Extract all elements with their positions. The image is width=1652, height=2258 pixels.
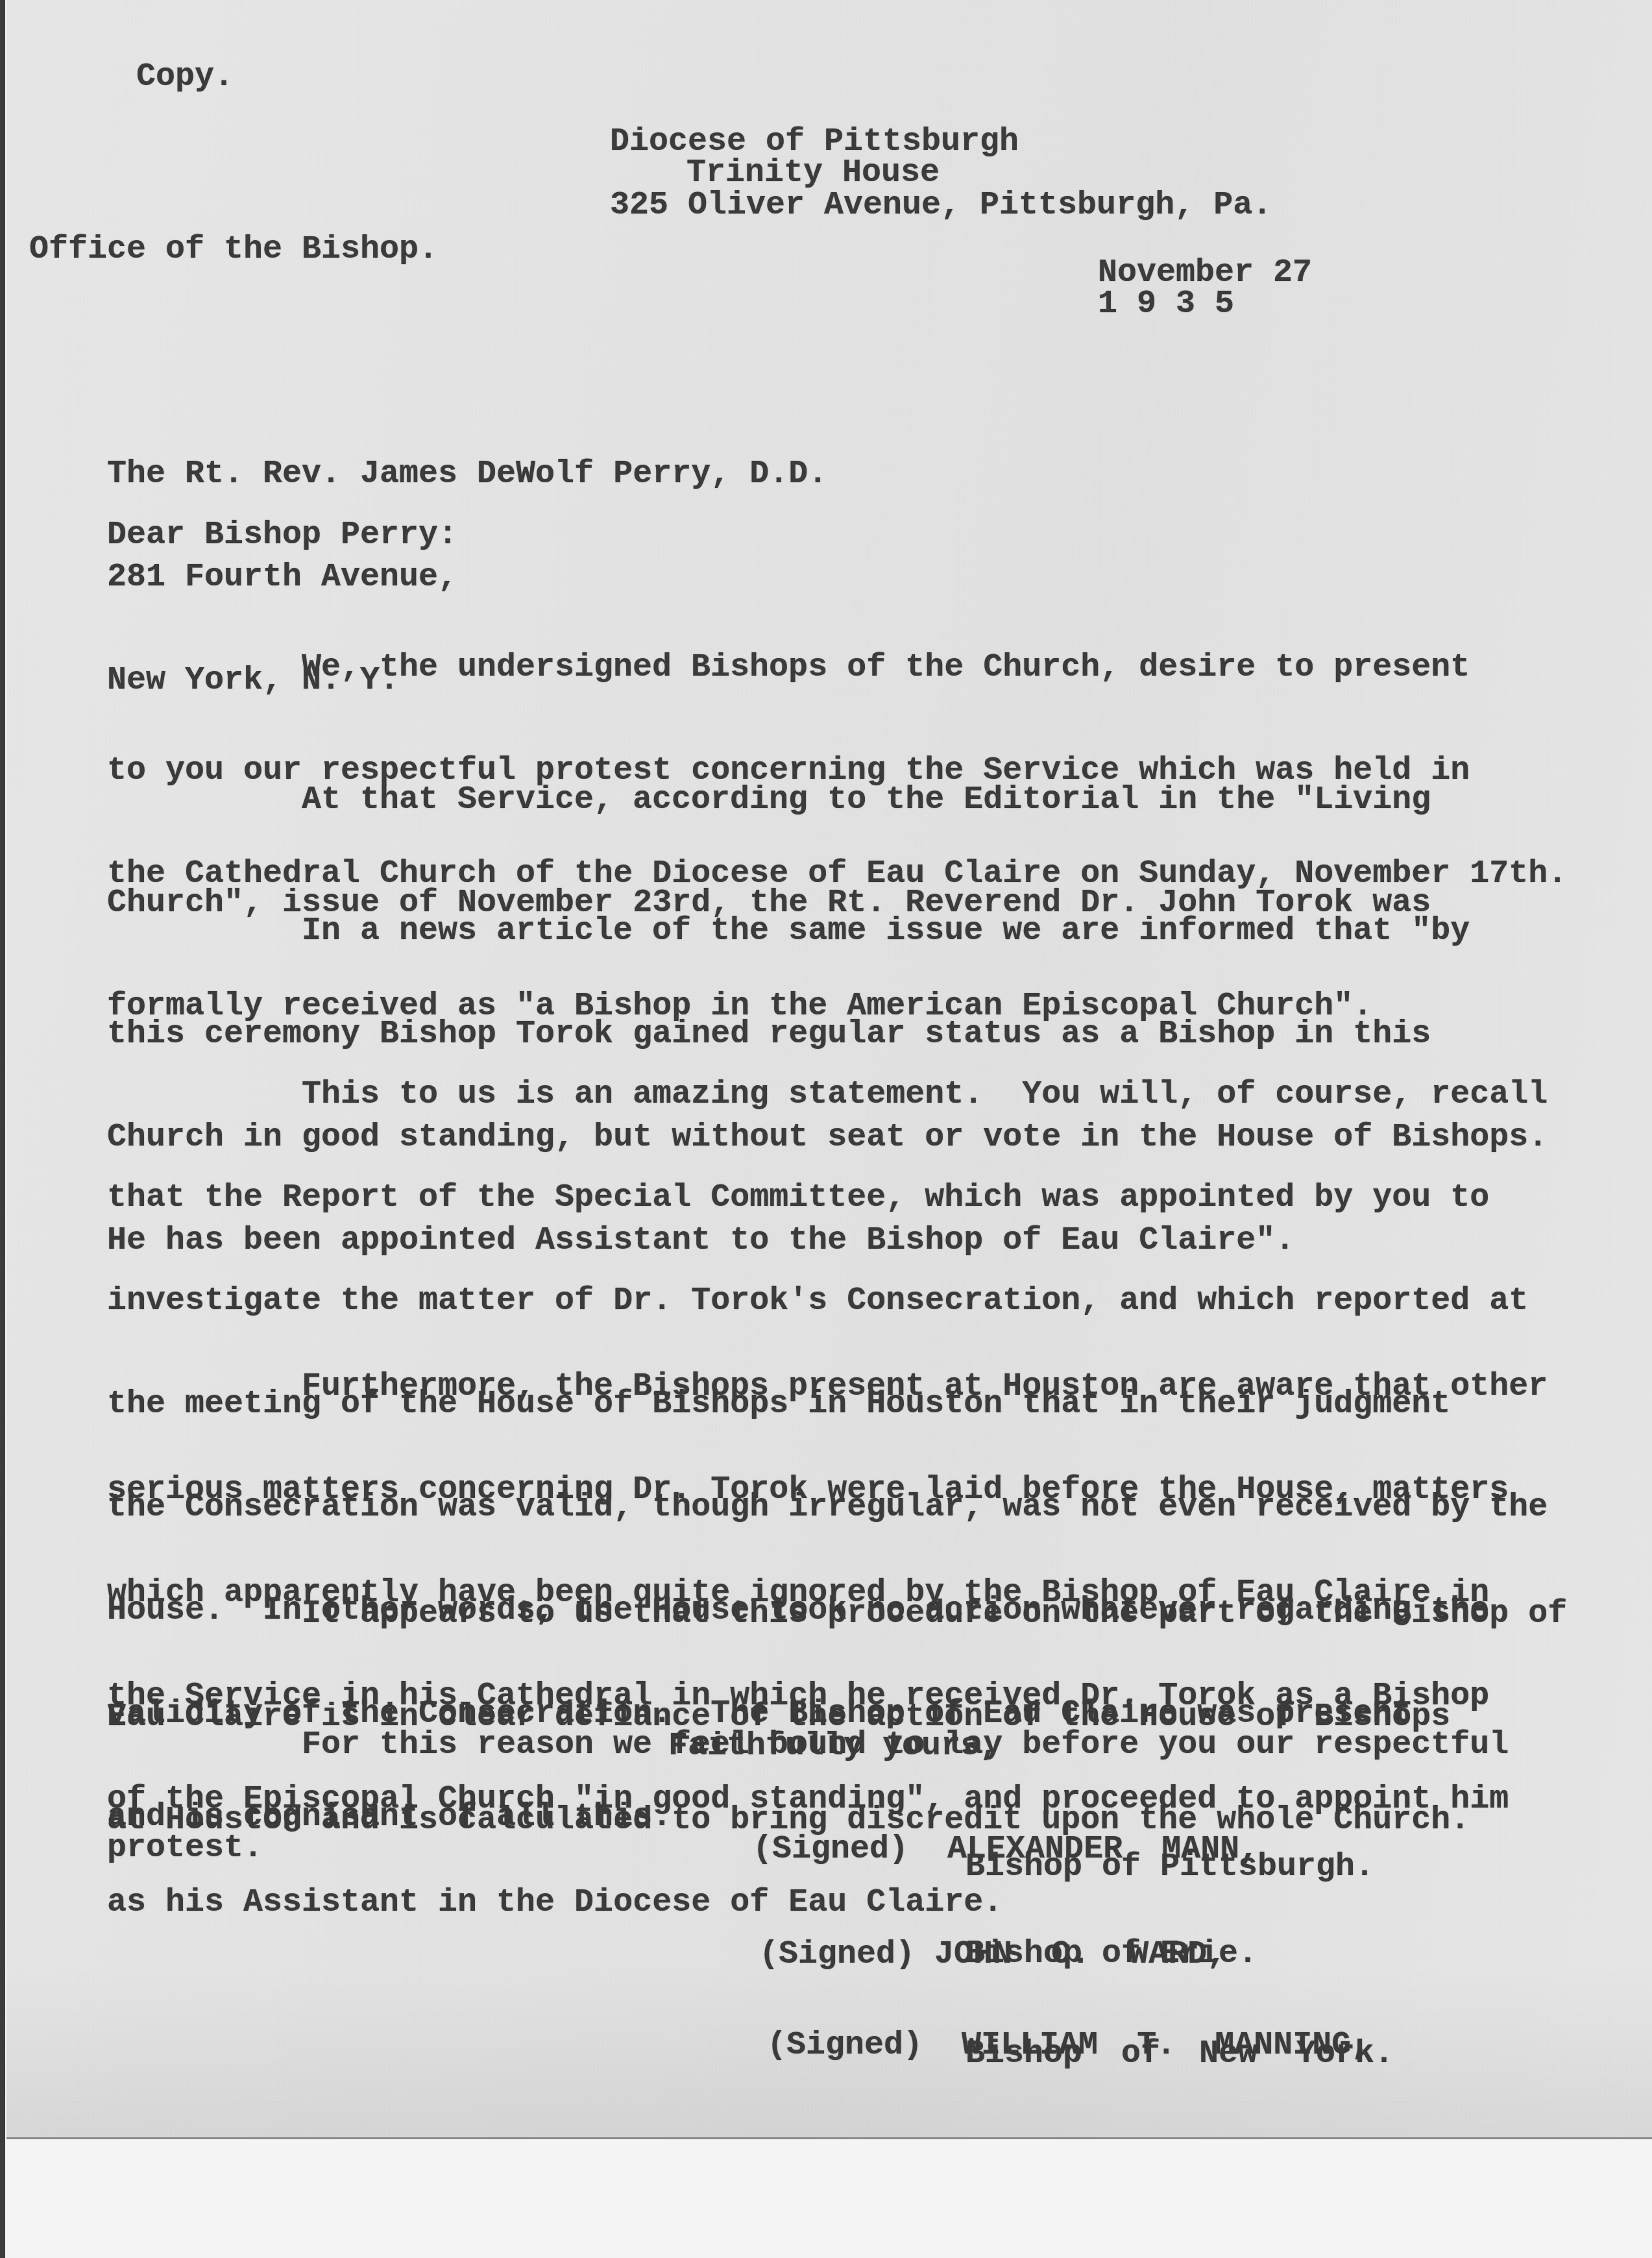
salutation: Dear Bishop Perry:: [107, 518, 457, 552]
signature-prefix: (Signed): [753, 1831, 908, 1868]
paragraph-line: Furthermore, the Bishops present at Hous…: [107, 1369, 1548, 1404]
signature-prefix: (Signed): [767, 2027, 923, 2064]
signature-2-title: Bishop of Erie.: [966, 1937, 1257, 1971]
letter-page: Copy. Diocese of Pittsburgh Trinity Hous…: [6, 0, 1652, 2139]
paragraph-line: that the Report of the Special Committee…: [107, 1181, 1548, 1215]
paragraph-line: In a news article of the same issue we a…: [107, 914, 1548, 948]
scan-left-edge: [0, 0, 5, 2258]
paragraph-line: At that Service, according to the Editor…: [107, 783, 1431, 817]
paragraph-line: serious matters concerning Dr. Torok wer…: [107, 1473, 1548, 1507]
recipient-name: The Rt. Rev. James DeWolf Perry, D.D.: [107, 457, 827, 491]
signature-3-title: Bishop of New York.: [966, 2037, 1394, 2071]
paragraph-line: We, the undersigned Bishops of the Churc…: [107, 650, 1567, 685]
letterhead-building: Trinity House: [686, 156, 940, 190]
letterhead-address: 325 Oliver Avenue, Pittsburgh, Pa.: [610, 188, 1272, 223]
date-year: 1 9 3 5: [1098, 287, 1234, 321]
paragraph-line: This to us is an amazing statement. You …: [107, 1077, 1548, 1112]
signature-1-title: Bishop of Pittsburgh.: [966, 1850, 1374, 1884]
paragraph-line: It appears to us that this procedure on …: [107, 1597, 1567, 1631]
copy-label: Copy.: [136, 60, 234, 94]
office-line: Office of the Bishop.: [29, 232, 438, 267]
closing: Faithfully yours,: [668, 1729, 999, 1763]
signature-prefix: (Signed): [759, 1936, 915, 1973]
